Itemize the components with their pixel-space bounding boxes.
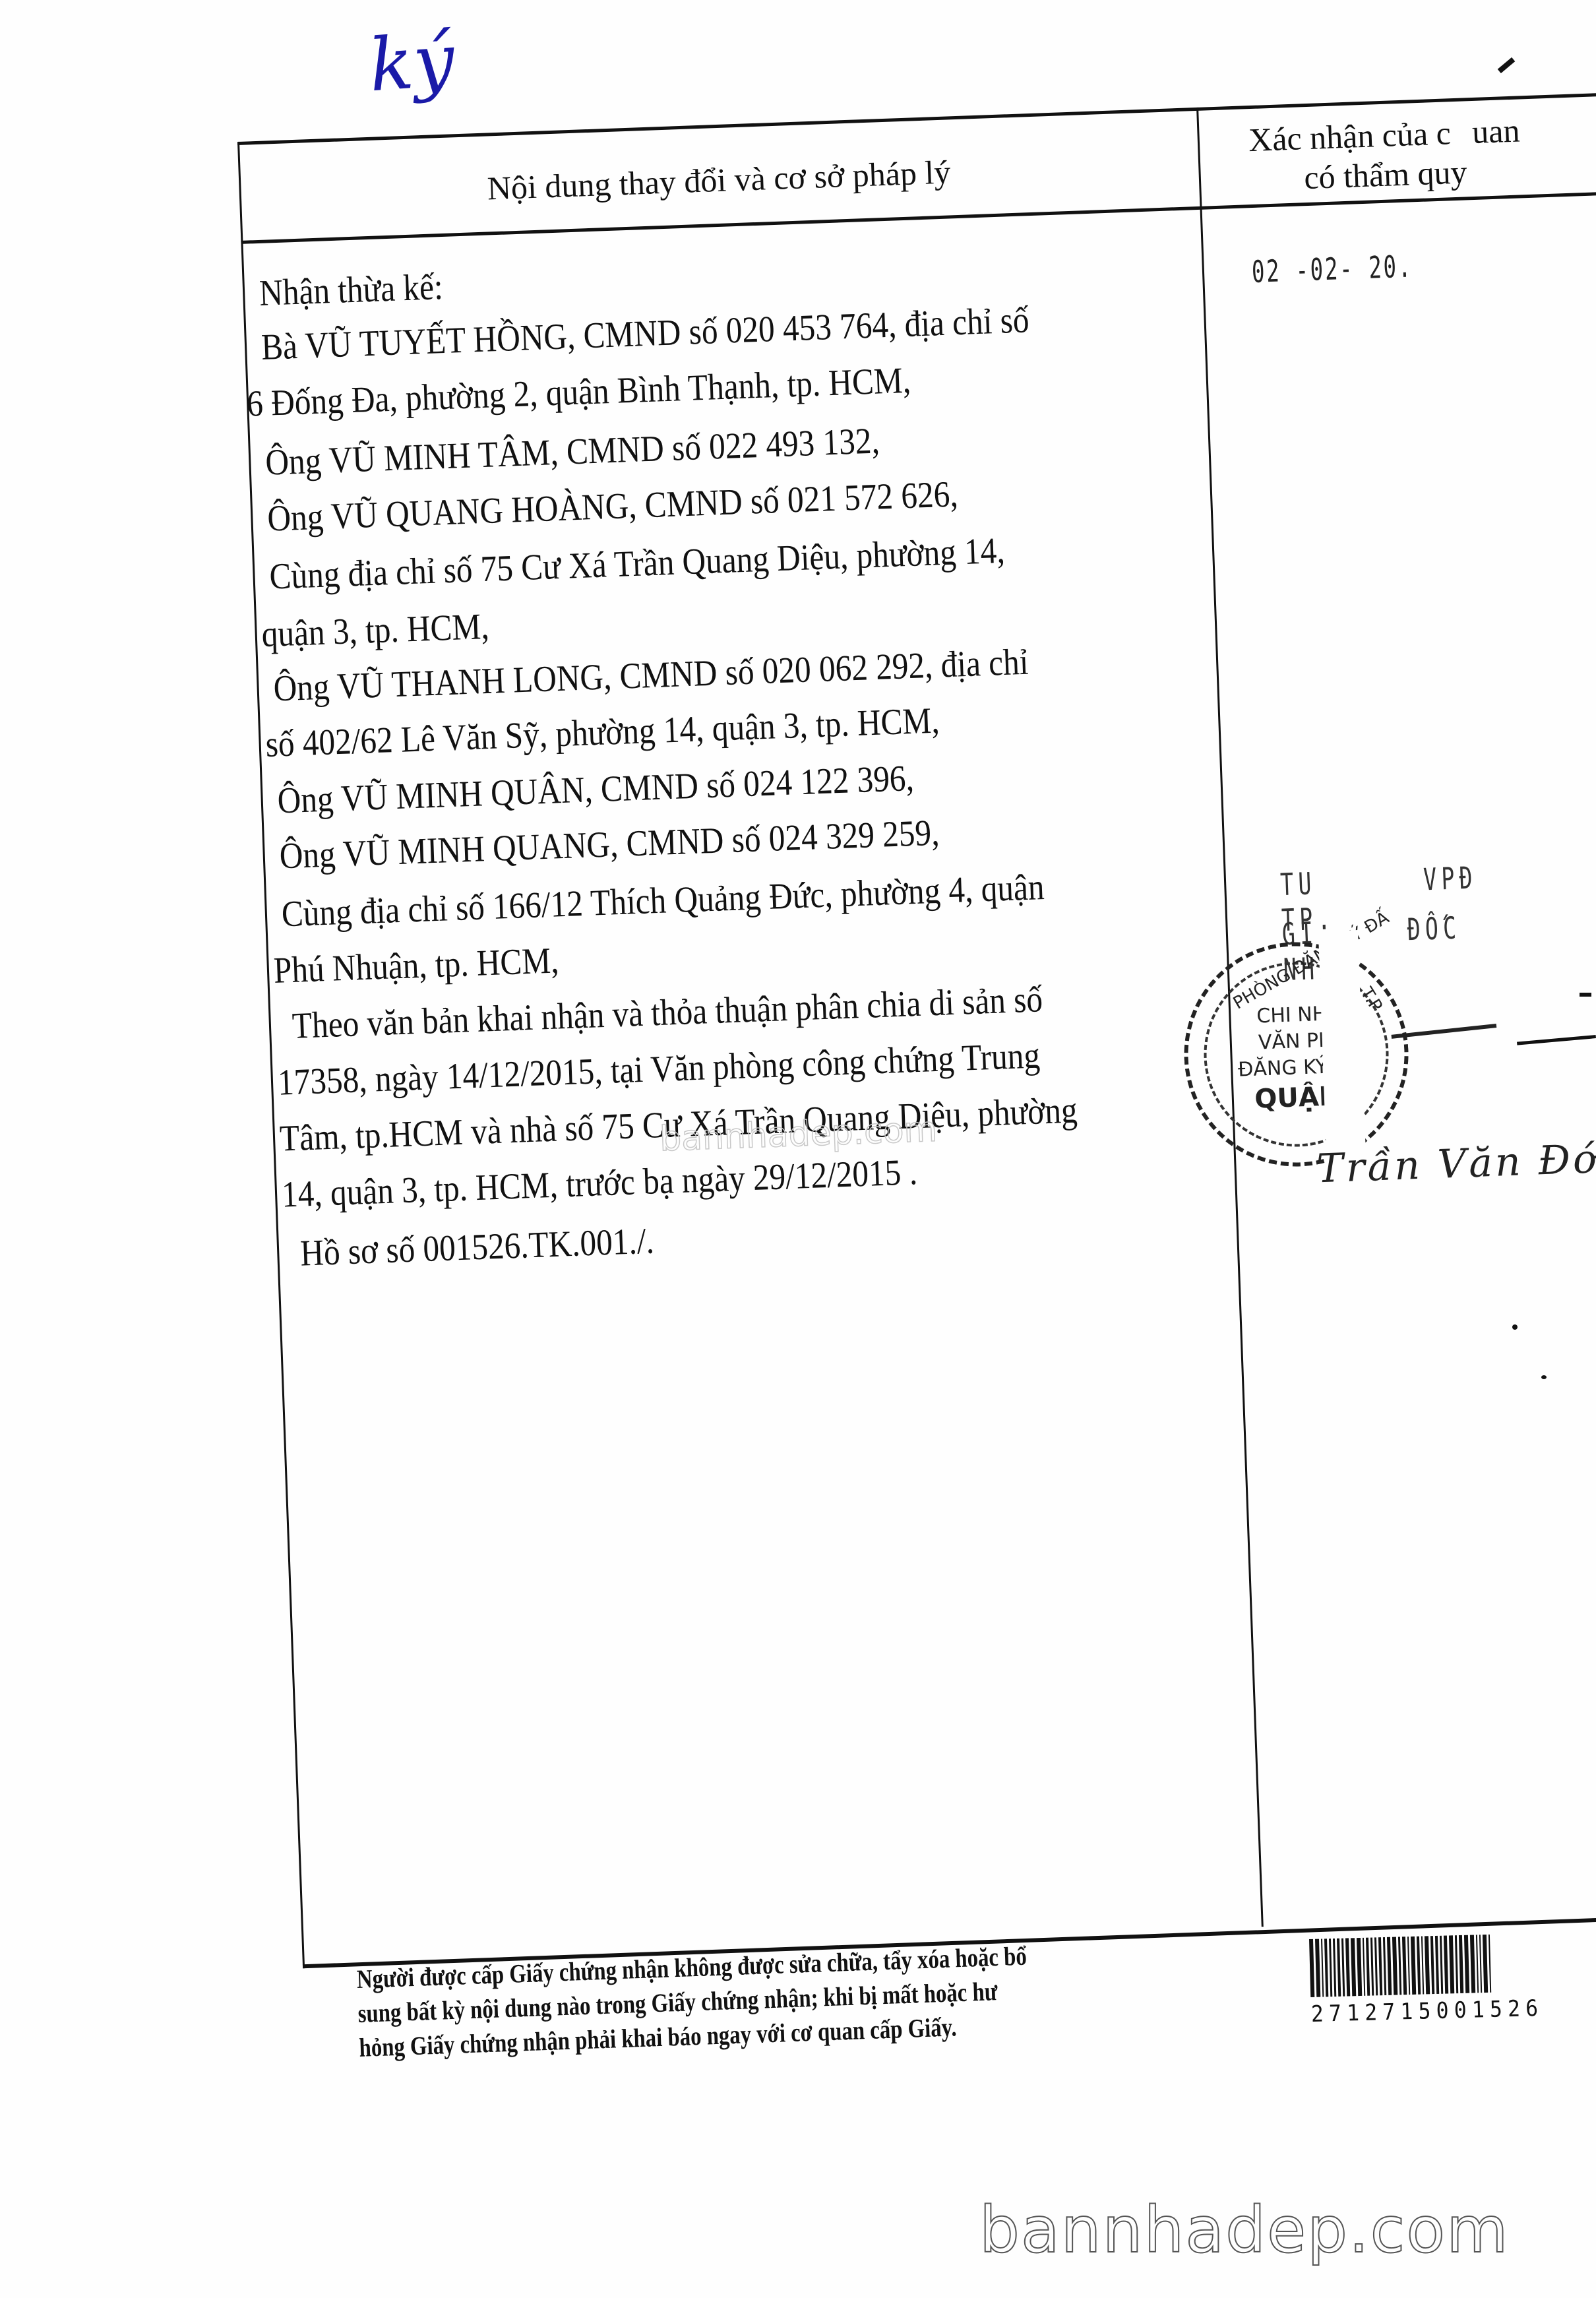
barcode-bar [1407, 1937, 1410, 1995]
barcode-bar [1321, 1939, 1324, 1997]
barcode-bar [1363, 1938, 1365, 1996]
barcode-bar [1402, 1937, 1407, 1995]
barcode-bar [1470, 1935, 1475, 1993]
barcode-bar [1341, 1939, 1345, 1997]
handwritten-initial: ký [367, 24, 456, 102]
barcode-bar [1366, 1938, 1370, 1996]
barcode: 2712715001526 [1309, 1932, 1581, 2028]
barcode-number: 2712715001526 [1310, 1995, 1560, 2028]
barcode-bar [1392, 1937, 1397, 1995]
change-record-table: Nội dung thay đổi và cơ sở pháp lý Xác n… [237, 92, 1596, 1968]
barcode-bar [1425, 1936, 1430, 1994]
barcode-bar [1333, 1939, 1336, 1997]
barcode-bar [1309, 1939, 1314, 1997]
date-stamp: 02 -02- 20. [1251, 248, 1413, 290]
barcode-bar [1329, 1939, 1332, 1997]
header-left-label: Nội dung thay đổi và cơ sở pháp lý [487, 152, 951, 207]
barcode-bar [1383, 1937, 1386, 1995]
barcode-bars [1309, 1932, 1581, 1997]
barcode-bar [1449, 1935, 1454, 1993]
barcode-bar [1440, 1936, 1443, 1994]
barcode-bar [1483, 1935, 1488, 1993]
barcode-bar [1476, 1935, 1479, 1993]
barcode-bar [1351, 1938, 1356, 1996]
barcode-bar [1464, 1935, 1469, 1993]
barcode-bar [1417, 1937, 1421, 1995]
barcode-bar [1411, 1937, 1416, 1995]
barcode-bar [1444, 1936, 1448, 1994]
content-line: Nhận thừa kế: [259, 268, 443, 312]
barcode-bar [1357, 1938, 1362, 1996]
barcode-bar [1370, 1937, 1374, 1995]
scanned-document-page: ký Nội dung thay đổi và cơ sở pháp lý Xá… [0, 0, 1596, 2298]
header-authority-confirmation: Xác nhận của c uan có thẩm quy [1198, 94, 1571, 206]
barcode-bar [1398, 1937, 1401, 1995]
signer-name: Trần Văn Đới [1316, 1135, 1596, 1192]
barcode-bar [1459, 1935, 1463, 1993]
barcode-bar [1479, 1935, 1482, 1993]
barcode-bar [1430, 1936, 1434, 1994]
content-line: quận 3, tp. HCM, [261, 608, 490, 653]
barcode-bar [1435, 1936, 1439, 1994]
barcode-bar [1324, 1939, 1328, 1997]
barcode-bar [1387, 1937, 1392, 1995]
barcode-bar [1378, 1937, 1382, 1995]
barcode-bar [1337, 1939, 1341, 1997]
content-line: Phú Nhuận, tp. HCM, [273, 942, 559, 989]
barcode-bar [1345, 1938, 1350, 1996]
barcode-bar [1374, 1937, 1378, 1995]
watermark-footer: bannhadep.com [979, 2193, 1510, 2267]
barcode-bar [1489, 1935, 1491, 1993]
barcode-bar [1315, 1939, 1320, 1997]
scan-speck [1498, 57, 1516, 73]
barcode-bar [1455, 1935, 1458, 1993]
barcode-bar [1421, 1936, 1424, 1994]
